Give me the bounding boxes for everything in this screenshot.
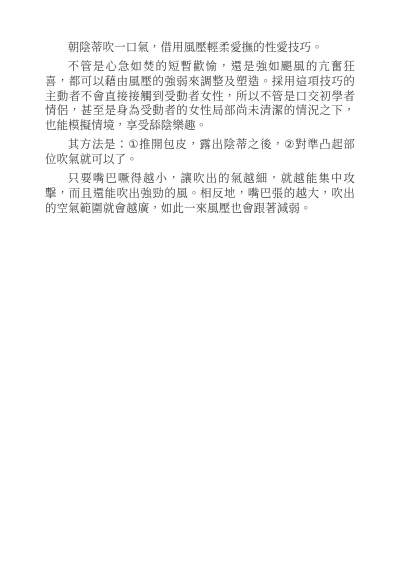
paragraph-1: 朝陰蒂吹一口氣，借用風壓輕柔愛撫的性愛技巧。 xyxy=(45,41,355,56)
paragraph-4: 只要嘴巴噘得越小，讓吹出的氣越細，就越能集中攻擊，而且還能吹出強勁的風。相反地，… xyxy=(45,172,355,216)
paragraph-3: 其方法是：①推開包皮，露出陰蒂之後，②對準凸起部位吹氣就可以了。 xyxy=(45,138,355,167)
paragraph-2: 不管是心急如焚的短暫歡愉，還是強如颶風的亢奮狂喜，都可以藉由風壓的強弱來調整及塑… xyxy=(45,60,355,134)
text-block: 朝陰蒂吹一口氣，借用風壓輕柔愛撫的性愛技巧。 不管是心急如焚的短暫歡愉，還是強如… xyxy=(45,41,355,216)
document-page: 朝陰蒂吹一口氣，借用風壓輕柔愛撫的性愛技巧。 不管是心急如焚的短暫歡愉，還是強如… xyxy=(0,0,400,566)
